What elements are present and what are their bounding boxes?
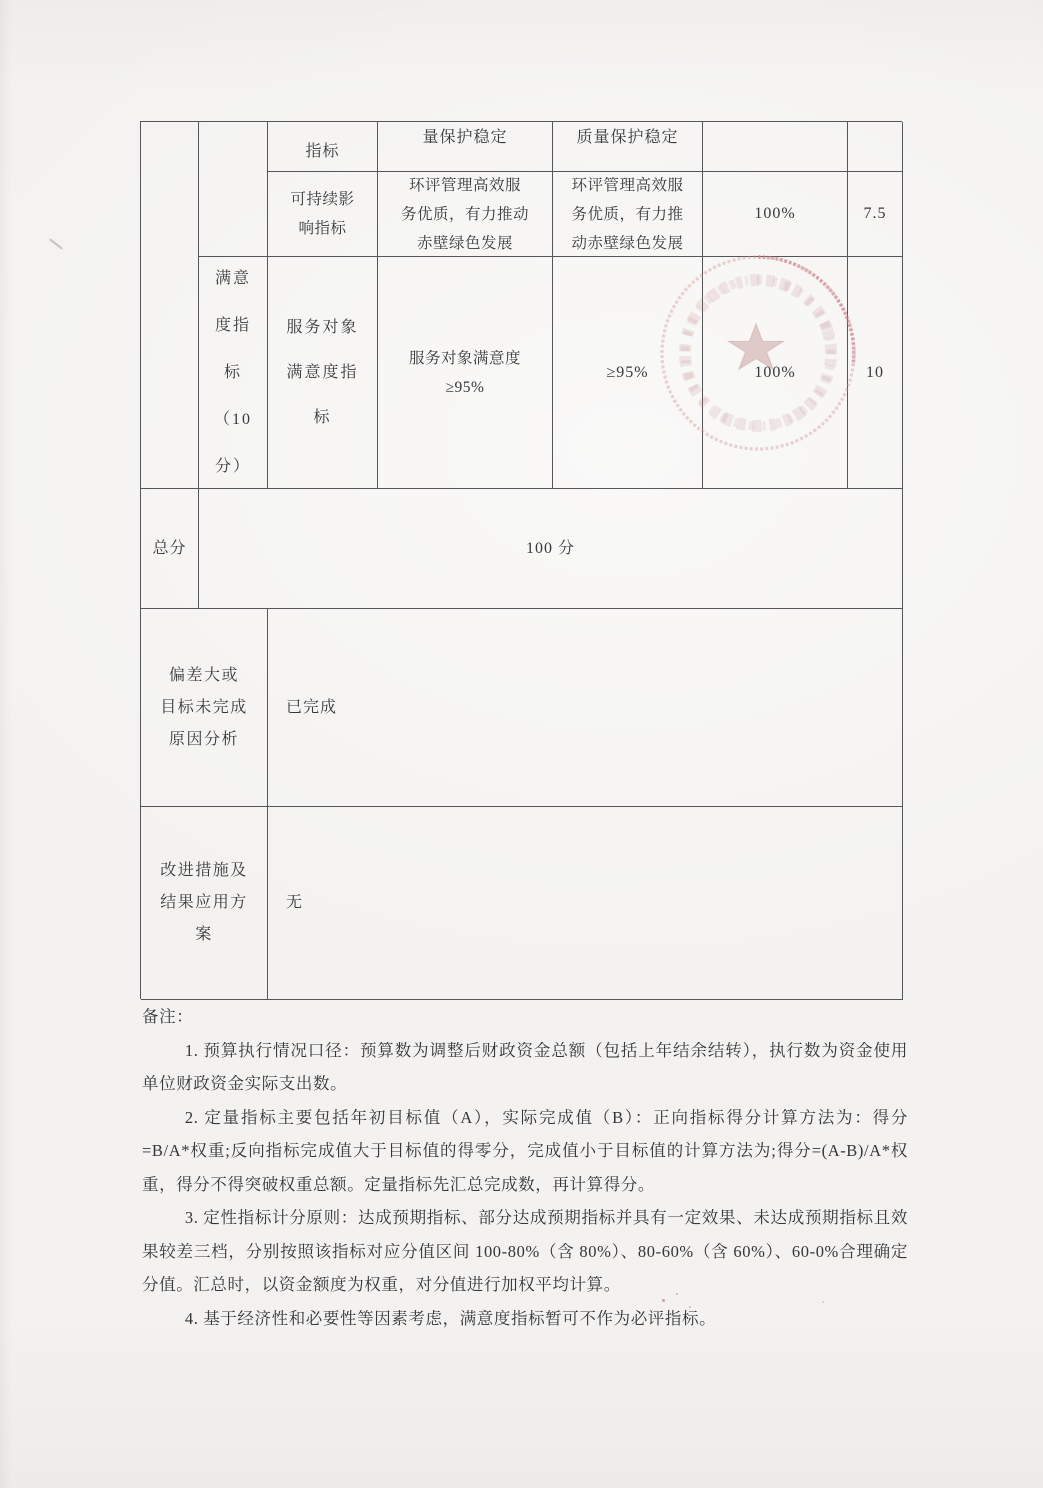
cell-satisfaction-name: 服务对象 满意度指 标 xyxy=(268,257,378,489)
cell-deviation-value: 已完成 xyxy=(268,609,903,807)
cell-sustainable-target: 环评管理高效服 务优质，有力推动 赤壁绿色发展 xyxy=(378,172,553,257)
note-item-2: 2. 定量指标主要包括年初目标值（A），实际完成值（B）：正向指标得分计算方法为… xyxy=(142,1101,908,1202)
ink-speck xyxy=(822,1301,824,1303)
document-page: 满意 度指 标 （10 分） 指标 量保护稳定 质量保护稳定 可持续影 响指标 … xyxy=(0,0,1043,1488)
cell-blank-left xyxy=(141,122,199,489)
cell-carryover-target: 量保护稳定 xyxy=(378,122,553,172)
evaluation-table: 满意 度指 标 （10 分） 指标 量保护稳定 质量保护稳定 可持续影 响指标 … xyxy=(140,121,902,999)
cell-carryover-rate xyxy=(703,122,848,172)
note-item-3: 3. 定性指标计分原则：达成预期指标、部分达成预期指标并具有一定效果、未达成预期… xyxy=(142,1201,908,1302)
cell-satisfaction-target: 服务对象满意度 ≥95% xyxy=(378,257,553,489)
cell-improvement-value: 无 xyxy=(268,807,903,1000)
cell-satisfaction-rate: 100% xyxy=(703,257,848,489)
cell-satisfaction-actual: ≥95% xyxy=(553,257,703,489)
cell-sustainable-name: 可持续影 响指标 xyxy=(268,172,378,257)
cell-carryover-actual: 质量保护稳定 xyxy=(553,122,703,172)
cell-carryover-score xyxy=(848,122,903,172)
cell-carryover-name: 指标 xyxy=(268,122,378,172)
notes-heading: 备注： xyxy=(142,1000,908,1034)
cell-sustainable-actual: 环评管理高效服 务优质，有力推 动赤壁绿色发展 xyxy=(553,172,703,257)
notes-section: 备注： 1. 预算执行情况口径：预算数为调整后财政资金总额（包括上年结余结转），… xyxy=(142,1000,908,1335)
cell-deviation-label: 偏差大或 目标未完成 原因分析 xyxy=(141,609,268,807)
cell-blank-category xyxy=(199,122,268,257)
cell-total-value: 100 分 xyxy=(199,489,903,609)
cell-satisfaction-category: 满意 度指 标 （10 分） xyxy=(199,257,268,489)
scan-mark xyxy=(49,238,63,249)
note-item-1: 1. 预算执行情况口径：预算数为调整后财政资金总额（包括上年结余结转），执行数为… xyxy=(142,1034,908,1101)
cell-satisfaction-score: 10 xyxy=(848,257,903,489)
cell-total-label: 总分 xyxy=(141,489,199,609)
ink-speck xyxy=(676,1293,678,1295)
ink-speck xyxy=(662,1299,665,1302)
cell-sustainable-score: 7.5 xyxy=(848,172,903,257)
ink-speck xyxy=(689,1306,691,1308)
note-item-4: 4. 基于经济性和必要性等因素考虑，满意度指标暂可不作为必评指标。 xyxy=(142,1302,908,1336)
cell-improvement-label: 改进措施及 结果应用方 案 xyxy=(141,807,268,1000)
cell-sustainable-rate: 100% xyxy=(703,172,848,257)
